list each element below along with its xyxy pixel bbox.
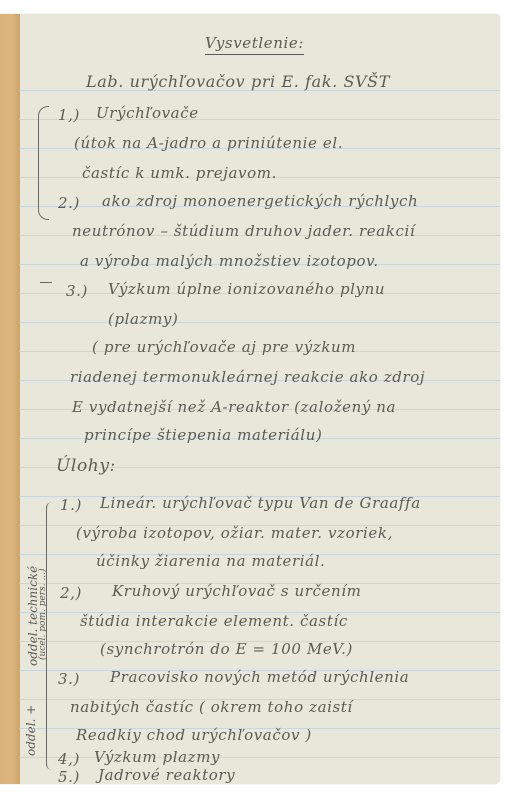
task-line: Readkiy chod urýchľovačov ) [76, 728, 312, 743]
item-number: 3.) [66, 284, 88, 299]
item-line: častíc k umk. prejavom. [82, 166, 277, 181]
item-line: ako zdroj monoenergetických rýchlych [102, 194, 418, 209]
task-line: Lineár. urýchľovač typu Van de Graaffa [100, 496, 421, 511]
ruled-line [19, 757, 500, 758]
task-line: štúdia interakcie element. častíc [80, 614, 348, 629]
task-number: 4,) [58, 752, 80, 767]
item-line: a výroba malých množstiev izotopov. [80, 254, 379, 269]
tasks-heading: Úlohy: [56, 458, 116, 475]
task-number: 1.) [60, 498, 82, 513]
task-line: Kruhový urýchľovač s určením [112, 584, 362, 599]
page-subtitle: Lab. urýchľovačov pri E. fak. SVŠT [86, 74, 390, 90]
item-line: princípe štiepenia materiálu) [84, 428, 322, 443]
task-line: nabitých častíc ( okrem toho zaistí [70, 700, 353, 715]
item-line: E vydatnejší než A-reaktor (založený na [72, 400, 396, 415]
item-number: 1,) [58, 108, 80, 123]
item-number: 2.) [58, 196, 80, 211]
task-line: Jadrové reaktory [98, 768, 235, 783]
task-line: Výzkum plazmy [94, 750, 220, 765]
margin-note-line1: oddel. + [24, 705, 38, 756]
task-line: (synchrotrón do E = 100 MeV.) [100, 642, 353, 657]
item-line: riadenej termonukleárnej reakcie ako zdr… [70, 370, 425, 385]
page-title: Vysvetlenie: [205, 36, 304, 51]
item-line: (plazmy) [108, 312, 178, 327]
brace-bracket [38, 106, 49, 220]
task-number: 2,) [60, 586, 82, 601]
task-line: účinky žiarenia na materiál. [96, 554, 325, 569]
margin-dash [40, 282, 52, 283]
item-line: Výzkum úplne ionizovaného plynu [108, 282, 385, 297]
task-line: (výroba izotopov, ožiar. mater. vzoriek, [76, 526, 393, 541]
task-number: 5.) [58, 770, 80, 784]
item-line: (útok na A-jadro a priniútenie el. [74, 136, 343, 151]
ruled-line [19, 119, 500, 120]
item-line: Urýchľovače [96, 106, 199, 121]
item-line: neutrónov – štúdium druhov jader. reakci… [72, 224, 415, 239]
binding-tape [0, 14, 20, 784]
ruled-line [19, 322, 500, 323]
item-line: ( pre urýchľovače aj pre výzkum [92, 340, 356, 355]
notebook-page: Vysvetlenie: Lab. urýchľovačov pri E. fa… [0, 14, 500, 784]
task-number: 3.) [58, 672, 80, 687]
margin-note-line3: (ucel. pom. pers. ...) [38, 568, 48, 660]
task-line: Pracovisko nových metód urýchlenia [110, 670, 409, 685]
